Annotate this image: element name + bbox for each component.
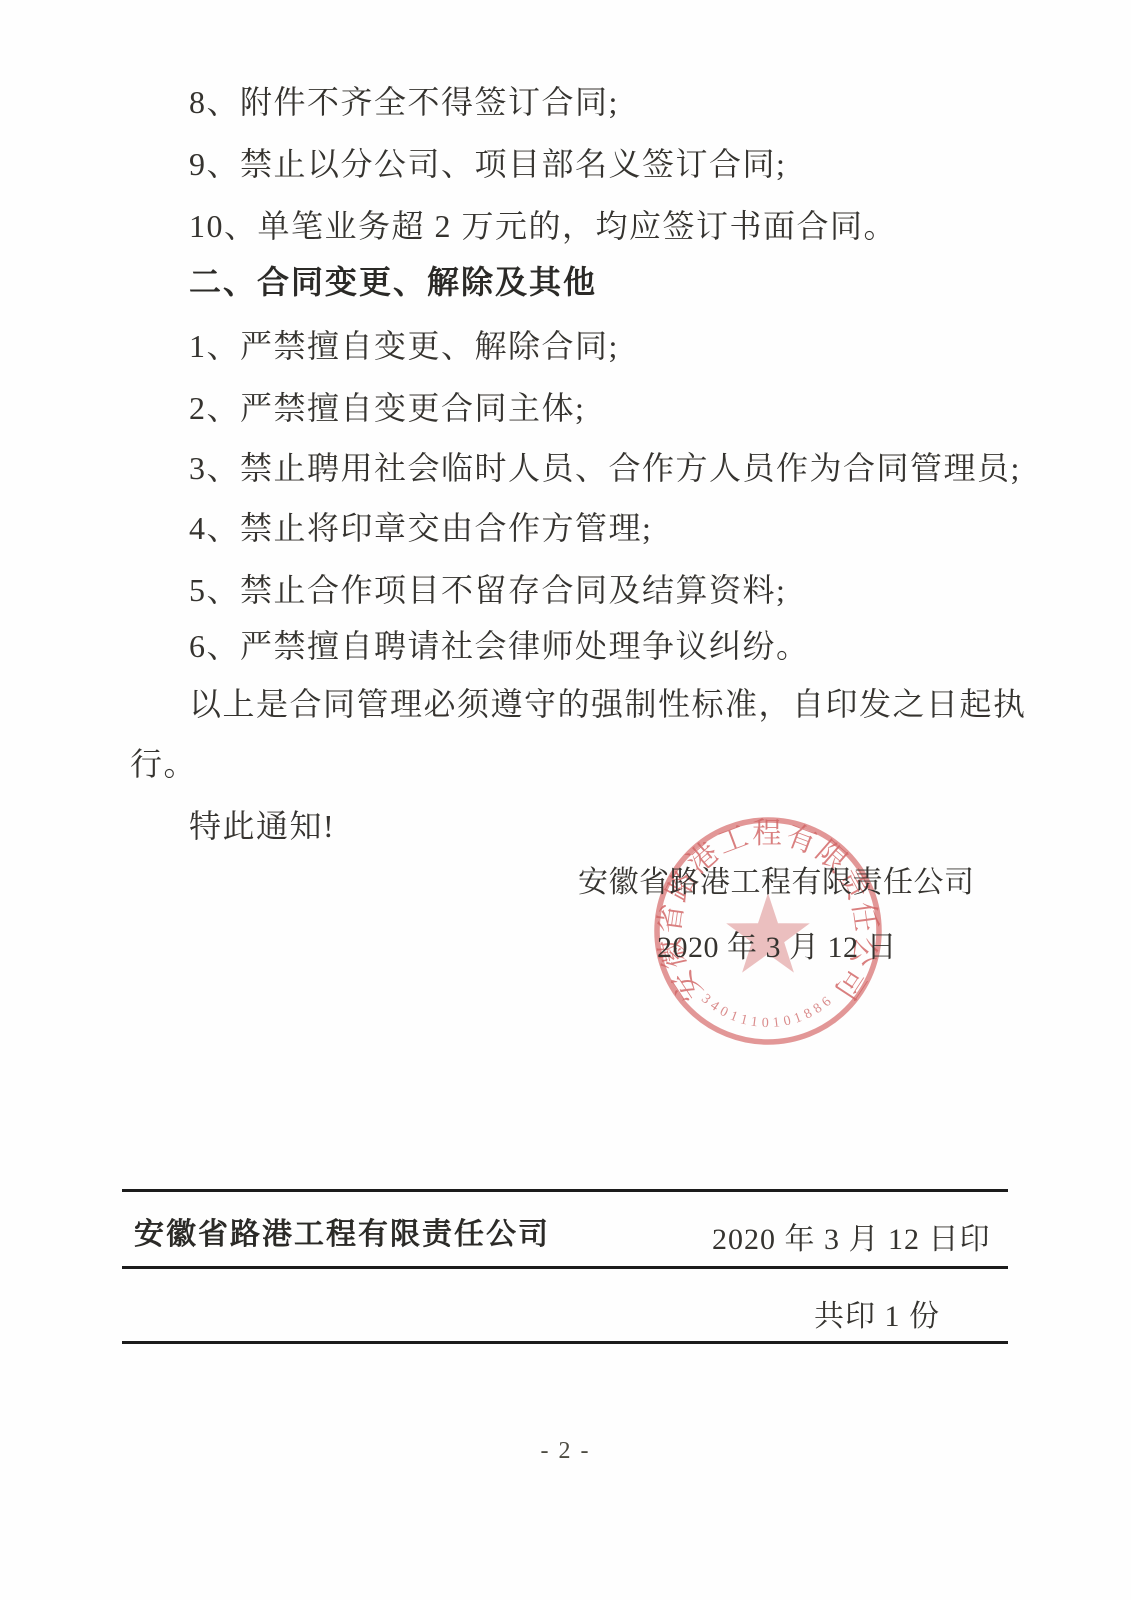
body-line-4: 4、禁止将印章交由合作方管理;	[189, 510, 652, 546]
body-line-8: 8、附件不齐全不得签订合同;	[189, 84, 619, 120]
closing-paragraph-line-2: 行。	[130, 746, 197, 782]
footer-divider-middle	[122, 1266, 1008, 1269]
footer-copies-count: 共印 1 份	[814, 1291, 940, 1335]
footer-company-name: 安徽省路港工程有限责任公司	[134, 1209, 550, 1253]
signature-date: 2020 年 3 月 12 日	[657, 931, 897, 965]
body-line-9: 9、禁止以分公司、项目部名义签订合同;	[189, 146, 786, 182]
section-heading: 二、合同变更、解除及其他	[189, 264, 597, 300]
page-number: - 2 -	[0, 1438, 1131, 1465]
body-line-5: 5、禁止合作项目不留存合同及结算资料;	[189, 572, 786, 608]
svg-text:3401110101886: 3401110101886	[698, 991, 838, 1031]
body-line-2: 2、严禁擅自变更合同主体;	[189, 390, 585, 426]
footer-divider-top	[122, 1189, 1008, 1192]
body-line-6: 6、严禁擅自聘请社会律师处理争议纠纷。	[189, 628, 810, 664]
footer-divider-bottom	[122, 1341, 1008, 1344]
signature-company-name: 安徽省路港工程有限责任公司	[578, 866, 975, 900]
footer-print-date: 2020 年 3 月 12 日印	[712, 1214, 991, 1258]
notice-line: 特此通知!	[189, 808, 335, 844]
body-line-1: 1、严禁擅自变更、解除合同;	[189, 328, 619, 364]
body-line-3: 3、禁止聘用社会临时人员、合作方人员作为合同管理员;	[189, 450, 1021, 486]
seal-serial-number: 3401110101886	[698, 991, 838, 1031]
body-line-10: 10、单笔业务超 2 万元的，均应签订书面合同。	[189, 208, 897, 244]
document-page: 8、附件不齐全不得签订合同; 9、禁止以分公司、项目部名义签订合同; 10、单笔…	[0, 0, 1131, 1600]
closing-paragraph-line-1: 以上是合同管理必须遵守的强制性标准，自印发之日起执	[189, 686, 1027, 722]
